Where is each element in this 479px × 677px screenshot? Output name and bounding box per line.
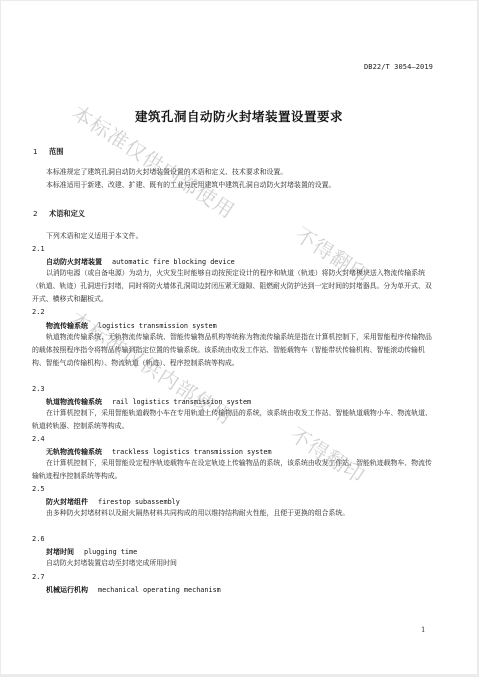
clause-number: 2.3 [32, 385, 45, 393]
term-definition: 在计算机控制下，采用智能轨道载物小车在专用轨道上传输物品的系统，该系统由收发工作… [32, 407, 432, 433]
term-entry: 防火封堵组件firestop subassembly [46, 497, 180, 507]
term-definition: 在计算机控制下，采用智能设定程序轨迹载物车在设定轨迹上传输物品的系统，该系统由收… [32, 457, 432, 483]
clause-number: 2.6 [32, 535, 45, 543]
term-entry: 封堵时间plugging time [46, 547, 137, 557]
clause-number: 2.5 [32, 485, 45, 493]
term-definition: 自动防火封堵装置启动至封堵完成所用时间 [32, 557, 432, 570]
clause-number: 2.4 [32, 435, 45, 443]
section-number: 1 [33, 147, 49, 156]
section-2-heading: 2术语和定义 [33, 209, 85, 219]
term-english: automatic fire blocking device [112, 258, 235, 266]
term-chinese: 自动防火封堵装置 [46, 258, 102, 266]
section-title: 术语和定义 [49, 209, 85, 218]
section-1-heading: 1范围 [33, 147, 63, 157]
terms-intro: 下列术语和定义适用于本文件。 [46, 230, 431, 243]
term-english: mechanical operating mechanism [98, 586, 221, 594]
term-definition: 由多种防火封堵材料以及耐火隔热材料共同构成的用以维持结构耐火性能，且便于更换的组… [32, 507, 432, 520]
term-entry: 机械运行机构mechanical operating mechanism [46, 585, 221, 595]
term-chinese: 防火封堵组件 [46, 498, 88, 506]
term-definition: 轨道物流传输系统、无轨物流传输系统、智能传输物品机构等统称为物流传输系统是指在计… [32, 331, 432, 370]
term-english: rail logistics transmission system [112, 398, 251, 406]
term-chinese: 封堵时间 [46, 548, 74, 556]
term-entry: 无轨物流传输系统trackless logistics transmission… [46, 447, 272, 457]
document-page: DB22/T 3054—2019 建筑孔洞自动防火封堵装置设置要求 1范围 本标… [1, 1, 477, 674]
term-chinese: 轨道物流传输系统 [46, 398, 102, 406]
section-title: 范围 [49, 147, 63, 156]
term-chinese: 无轨物流传输系统 [46, 448, 102, 456]
term-entry: 物流传输系统logistics transmission system [46, 321, 217, 331]
term-entry: 轨道物流传输系统rail logistics transmission syst… [46, 397, 251, 407]
term-english: logistics transmission system [98, 322, 217, 330]
scope-paragraph-2: 本标准适用于新建、改建、扩建、既有的工业与民用建筑中建筑孔洞自动防火封堵装置的设… [46, 179, 431, 192]
term-chinese: 机械运行机构 [46, 586, 88, 594]
section-number: 2 [33, 209, 49, 218]
term-english: plugging time [84, 548, 137, 556]
term-definition: 以消防电源（或自备电源）为动力，火灾发生时能够自动按预定设计的程序和轨道（轨迹）… [32, 267, 432, 306]
term-english: firestop subassembly [98, 498, 180, 506]
term-entry: 自动防火封堵装置automatic fire blocking device [46, 257, 235, 267]
term-english: trackless logistics transmission system [112, 448, 272, 456]
scope-paragraph-1: 本标准规定了建筑孔洞自动防火封堵装置设置的术语和定义、技术要求和设置。 [46, 166, 431, 179]
clause-number: 2.2 [32, 308, 45, 316]
term-chinese: 物流传输系统 [46, 322, 88, 330]
clause-number: 2.7 [32, 573, 45, 581]
document-title: 建筑孔洞自动防火封堵装置设置要求 [1, 107, 477, 125]
page-number: 1 [421, 626, 425, 634]
clause-number: 2.1 [32, 245, 45, 253]
document-code: DB22/T 3054—2019 [364, 63, 433, 71]
